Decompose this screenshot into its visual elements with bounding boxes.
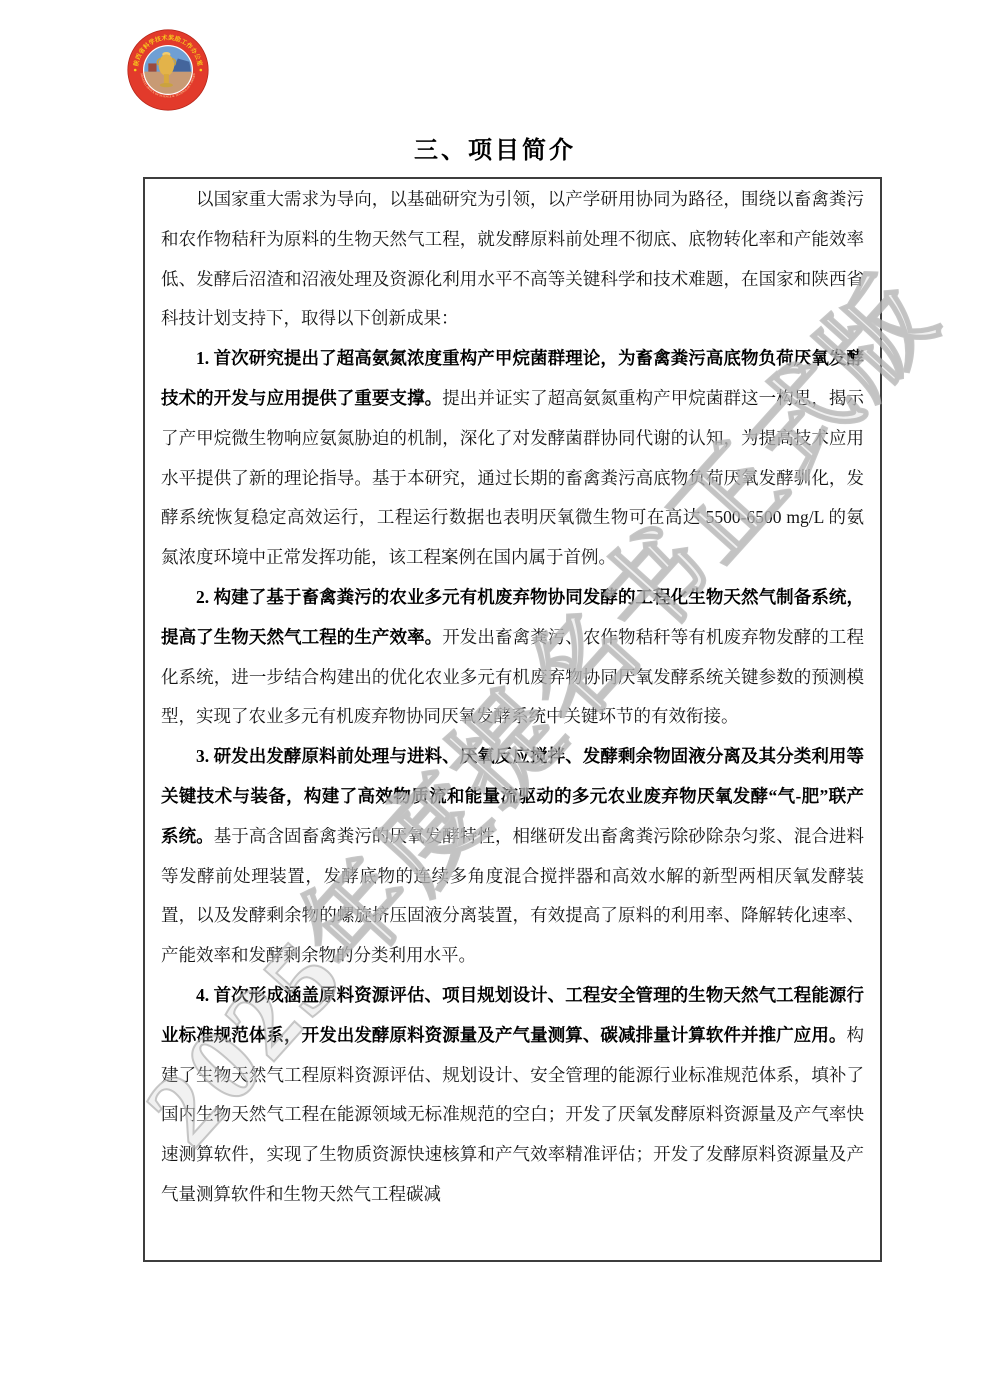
paragraph-lead: 4. 首次形成涵盖原料资源评估、项目规划设计、工程安全管理的生物天然气工程能源行… (161, 985, 864, 1045)
award-office-seal-logo: 陕西省科学技术奖励工作办公室 SHAANXI OFFICE OF SCIENCE… (127, 29, 209, 111)
building-shape-2 (148, 63, 156, 71)
seal-side-dot-left (134, 69, 137, 72)
paragraph-body: 以国家重大需求为导向，以基础研究为引领，以产学研用协同为路径，围绕以畜禽粪污和农… (161, 189, 864, 328)
paragraph: 1. 首次研究提出了超高氨氮浓度重构产甲烷菌群理论，为畜禽粪污高底物负荷厌氧发酵… (161, 339, 864, 578)
section-title: 三、项目简介 (0, 130, 990, 165)
document-page: 陕西省科学技术奖励工作办公室 SHAANXI OFFICE OF SCIENCE… (0, 0, 990, 1399)
paragraph: 2. 构建了基于畜禽粪污的农业多元有机废弃物协同发酵的工程化生物天然气制备系统，… (161, 578, 864, 737)
paragraph: 3. 研发出发酵原料前处理与进料、厌氧反应搅拌、发酵剩余物固液分离及其分类利用等… (161, 737, 864, 976)
paragraph-body: 构建了生物天然气工程原料资源评估、规划设计、安全管理的能源行业标准规范体系，填补… (161, 1025, 864, 1204)
paragraph-body: 基于高含固畜禽粪污的厌氧发酵特性，相继研发出畜禽粪污除砂除杂匀浆、混合进料等发酵… (161, 826, 864, 965)
paragraph-body: 提出并证实了超高氨氮重构产甲烷菌群这一构思，揭示了产甲烷微生物响应氨氮胁迫的机制… (161, 388, 864, 567)
paragraph: 4. 首次形成涵盖原料资源评估、项目规划设计、工程安全管理的生物天然气工程能源行… (161, 976, 864, 1215)
seal-side-dot-right (199, 69, 202, 72)
project-intro-paragraphs: 以国家重大需求为导向，以基础研究为引领，以产学研用协同为路径，围绕以畜禽粪污和农… (161, 180, 864, 1215)
project-intro-box: 以国家重大需求为导向，以基础研究为引领，以产学研用协同为路径，围绕以畜禽粪污和农… (143, 177, 882, 1262)
paragraph: 以国家重大需求为导向，以基础研究为引领，以产学研用协同为路径，围绕以畜禽粪污和农… (161, 180, 864, 339)
